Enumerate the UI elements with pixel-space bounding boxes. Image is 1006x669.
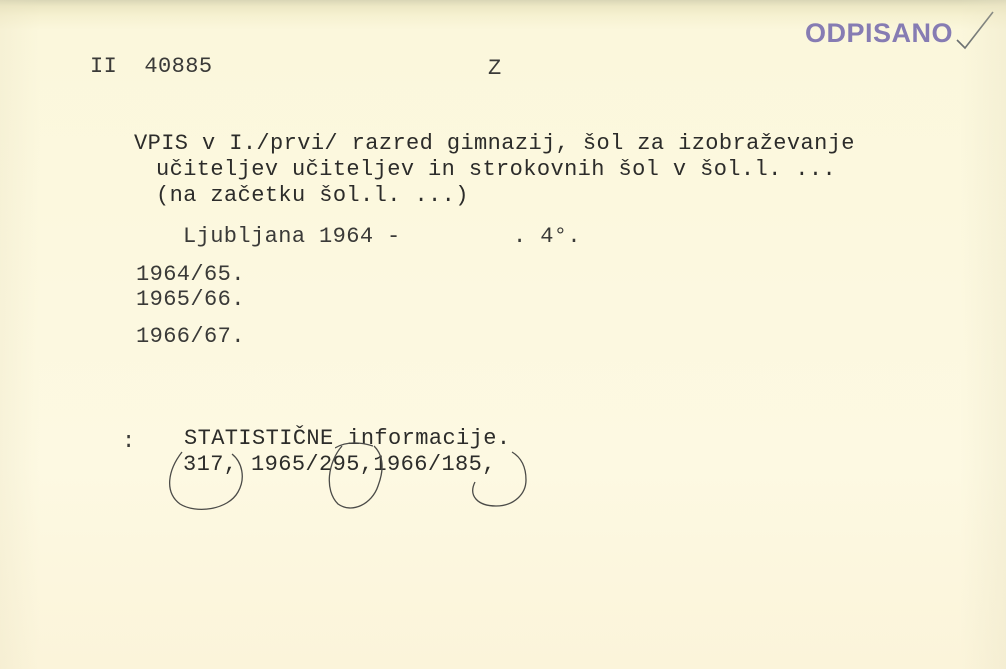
catalog-card: II 40885 Z ODPISANO VPIS v I./prvi/ razr… [0, 0, 1006, 669]
checkmark-icon [955, 10, 995, 50]
title-line-2: učiteljev učiteljev in strokovnih šol v … [156, 159, 836, 181]
title-line-3: (na začetku šol.l. ...) [156, 185, 469, 207]
title-line-1: VPIS v I./prvi/ razred gimnazij, šol za … [134, 133, 855, 155]
call-number: II 40885 [90, 56, 212, 78]
holding-item: 1964/65. [136, 264, 245, 286]
series-numbers: 317, 1965/295,1966/185, [183, 454, 496, 476]
holding-item: 1966/67. [136, 326, 245, 348]
pen-strike-mark [335, 440, 373, 450]
catalog-letter: Z [488, 58, 502, 80]
withdrawn-stamp: ODPISANO [805, 18, 953, 49]
series-marker: : [122, 431, 136, 453]
imprint-format: . 4°. [513, 226, 581, 248]
imprint-place-year: Ljubljana 1964 - [183, 226, 401, 248]
holding-item: 1965/66. [136, 289, 245, 311]
